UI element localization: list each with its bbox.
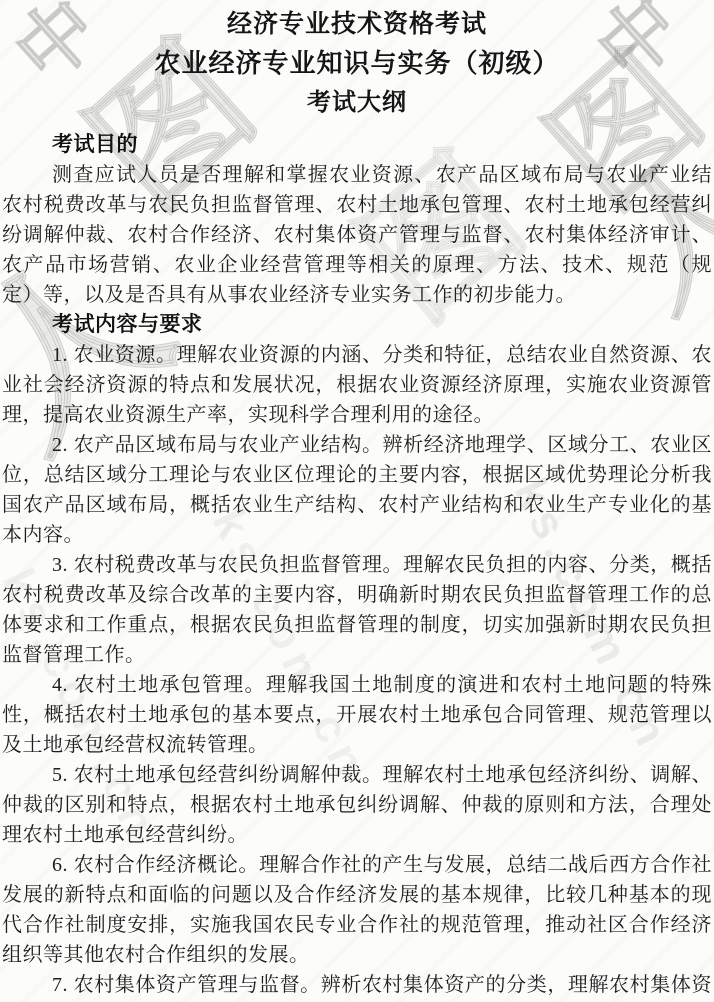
document-page: 中 图 人 中 图 人 图 ks.com.cn ks.com.cn ks.com… [0, 0, 714, 1002]
purpose-line: 农村税费改革与农民负担监督管理、农村土地承包管理、农村土地承包经营纠 [2, 190, 712, 220]
page-title-line-2: 农业经济专业知识与实务（初级） [0, 44, 714, 83]
purpose-line: 纷调解仲裁、农村合作经济、农村集体资产管理与监督、农村集体经济审计、 [2, 220, 712, 250]
syllabus-item-3-line: 农村税费改革及综合改革的主要内容，明确新时期农民负担监督管理工作的总 [2, 580, 712, 610]
syllabus-item-4-line: 性，概括农村土地承包的基本要点，开展农村土地承包合同管理、规范管理以 [2, 700, 712, 730]
syllabus-item-2-line: 国农产品区域布局，概括农业生产结构、农村产业结构和农业生产专业化的基 [2, 490, 712, 520]
syllabus-item-3-line: 3. 农村税费改革与农民负担监督管理。理解农民负担的内容、分类，概括 [2, 550, 712, 580]
syllabus-item-1-line: 业社会经济资源的特点和发展状况，根据农业资源经济原理，实施农业资源管 [2, 370, 712, 400]
syllabus-item-5-line: 仲裁的区别和特点，根据农村土地承包纠纷调解、仲裁的原则和方法，合理处 [2, 790, 712, 820]
syllabus-item-2-line: 本内容。 [2, 520, 712, 550]
page-title-line-3: 考试大纲 [0, 83, 714, 122]
syllabus-item-2-line: 位，总结区域分工理论与农业区位理论的主要内容，根据区域优势理论分析我 [2, 460, 712, 490]
syllabus-item-3-line: 监督管理工作。 [2, 640, 712, 670]
syllabus-item-4-line: 及土地承包经营权流转管理。 [2, 730, 712, 760]
section-heading-exam-content: 考试内容与要求 [2, 310, 712, 340]
syllabus-item-3-line: 体要求和工作重点，根据农民负担监督管理的制度，切实加强新时期农民负担 [2, 610, 712, 640]
syllabus-item-2-line: 2. 农产品区域布局与农业产业结构。辨析经济地理学、区域分工、农业区 [2, 430, 712, 460]
purpose-line: 农产品市场营销、农业企业经营管理等相关的原理、方法、技术、规范（规 [2, 250, 712, 280]
syllabus-item-1-line: 理，提高农业资源生产率，实现科学合理利用的途径。 [2, 400, 712, 430]
syllabus-item-6-line: 代合作社制度安排，实施我国农民专业合作社的规范管理，推动社区合作经济 [2, 910, 712, 940]
syllabus-item-4-line: 4. 农村土地承包管理。理解我国土地制度的演进和农村土地问题的特殊 [2, 670, 712, 700]
syllabus-item-6-line: 组织等其他农村合作组织的发展。 [2, 940, 712, 970]
document-body: 考试目的 测查应试人员是否理解和掌握农业资源、农产品区域布局与农业产业结构、 农… [2, 130, 712, 1000]
syllabus-item-5-line: 理农村土地承包经营纠纷。 [2, 820, 712, 850]
document-title-block: 经济专业技术资格考试 农业经济专业知识与实务（初级） 考试大纲 [0, 0, 714, 122]
page-title-line-1: 经济专业技术资格考试 [0, 5, 714, 44]
purpose-line: 测查应试人员是否理解和掌握农业资源、农产品区域布局与农业产业结构、 [2, 160, 712, 190]
syllabus-item-7-line: 7. 农村集体资产管理与监督。辨析农村集体资产的分类，理解农村集体资 [2, 970, 712, 1000]
section-heading-exam-purpose: 考试目的 [2, 130, 712, 160]
syllabus-item-5-line: 5. 农村土地承包经营纠纷调解仲裁。理解农村土地承包经济纠纷、调解、 [2, 760, 712, 790]
purpose-line: 定）等，以及是否具有从事农业经济专业实务工作的初步能力。 [2, 280, 712, 310]
syllabus-item-1-line: 1. 农业资源。理解农业资源的内涵、分类和特征，总结农业自然资源、农 [2, 340, 712, 370]
syllabus-item-6-line: 发展的新特点和面临的问题以及合作经济发展的基本规律，比较几种基本的现 [2, 880, 712, 910]
syllabus-item-6-line: 6. 农村合作经济概论。理解合作社的产生与发展，总结二战后西方合作社 [2, 850, 712, 880]
